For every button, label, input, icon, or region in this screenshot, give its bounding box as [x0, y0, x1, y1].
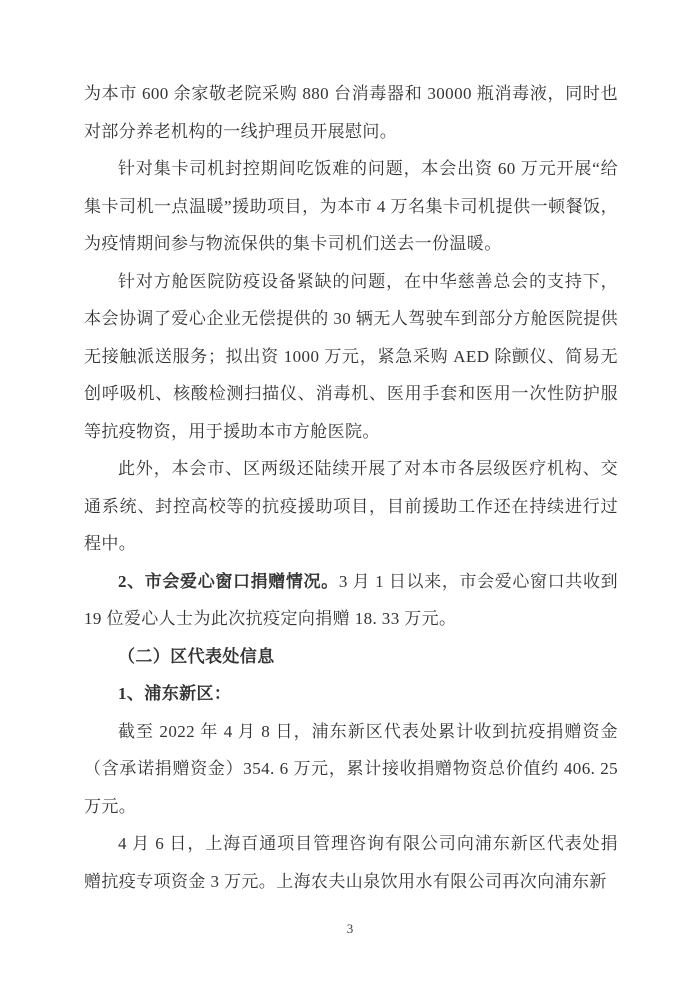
paragraph-truck-drivers-aid: 针对集卡司机封控期间吃饭难的问题，本会出资 60 万元开展“给集卡司机一点温暖”… — [84, 150, 618, 263]
paragraph-love-window-donations: 2、市会爱心窗口捐赠情况。3 月 1 日以来，市会爱心窗口共收到 19 位爱心人… — [84, 563, 618, 638]
paragraph-cabin-hospital-aid: 针对方舱医院防疫设备紧缺的问题，在中华慈善总会的支持下，本会协调了爱心企业无偿提… — [84, 263, 618, 451]
heading-pudong-new-area: 1、浦东新区： — [84, 675, 618, 713]
paragraph-pudong-donation-totals: 截至 2022 年 4 月 8 日，浦东新区代表处累计收到抗疫捐赠资金（含承诺捐… — [84, 713, 618, 826]
document-page: 为本市 600 余家敬老院采购 880 台消毒器和 30000 瓶消毒液，同时也… — [0, 0, 700, 989]
document-body: 为本市 600 余家敬老院采购 880 台消毒器和 30000 瓶消毒液，同时也… — [84, 75, 618, 900]
paragraph-pudong-company-donations: 4 月 6 日，上海百通项目管理咨询有限公司向浦东新区代表处捐赠抗疫专项资金 3… — [84, 825, 618, 900]
heading-district-office-info: （二）区代表处信息 — [84, 638, 618, 676]
paragraph-continuation: 为本市 600 余家敬老院采购 880 台消毒器和 30000 瓶消毒液，同时也… — [84, 75, 618, 150]
paragraph-lead-bold: 2、市会爱心窗口捐赠情况。 — [118, 572, 339, 591]
page-number: 3 — [0, 921, 700, 937]
paragraph-ongoing-aid: 此外，本会市、区两级还陆续开展了对本市各层级医疗机构、交通系统、封控高校等的抗疫… — [84, 450, 618, 563]
